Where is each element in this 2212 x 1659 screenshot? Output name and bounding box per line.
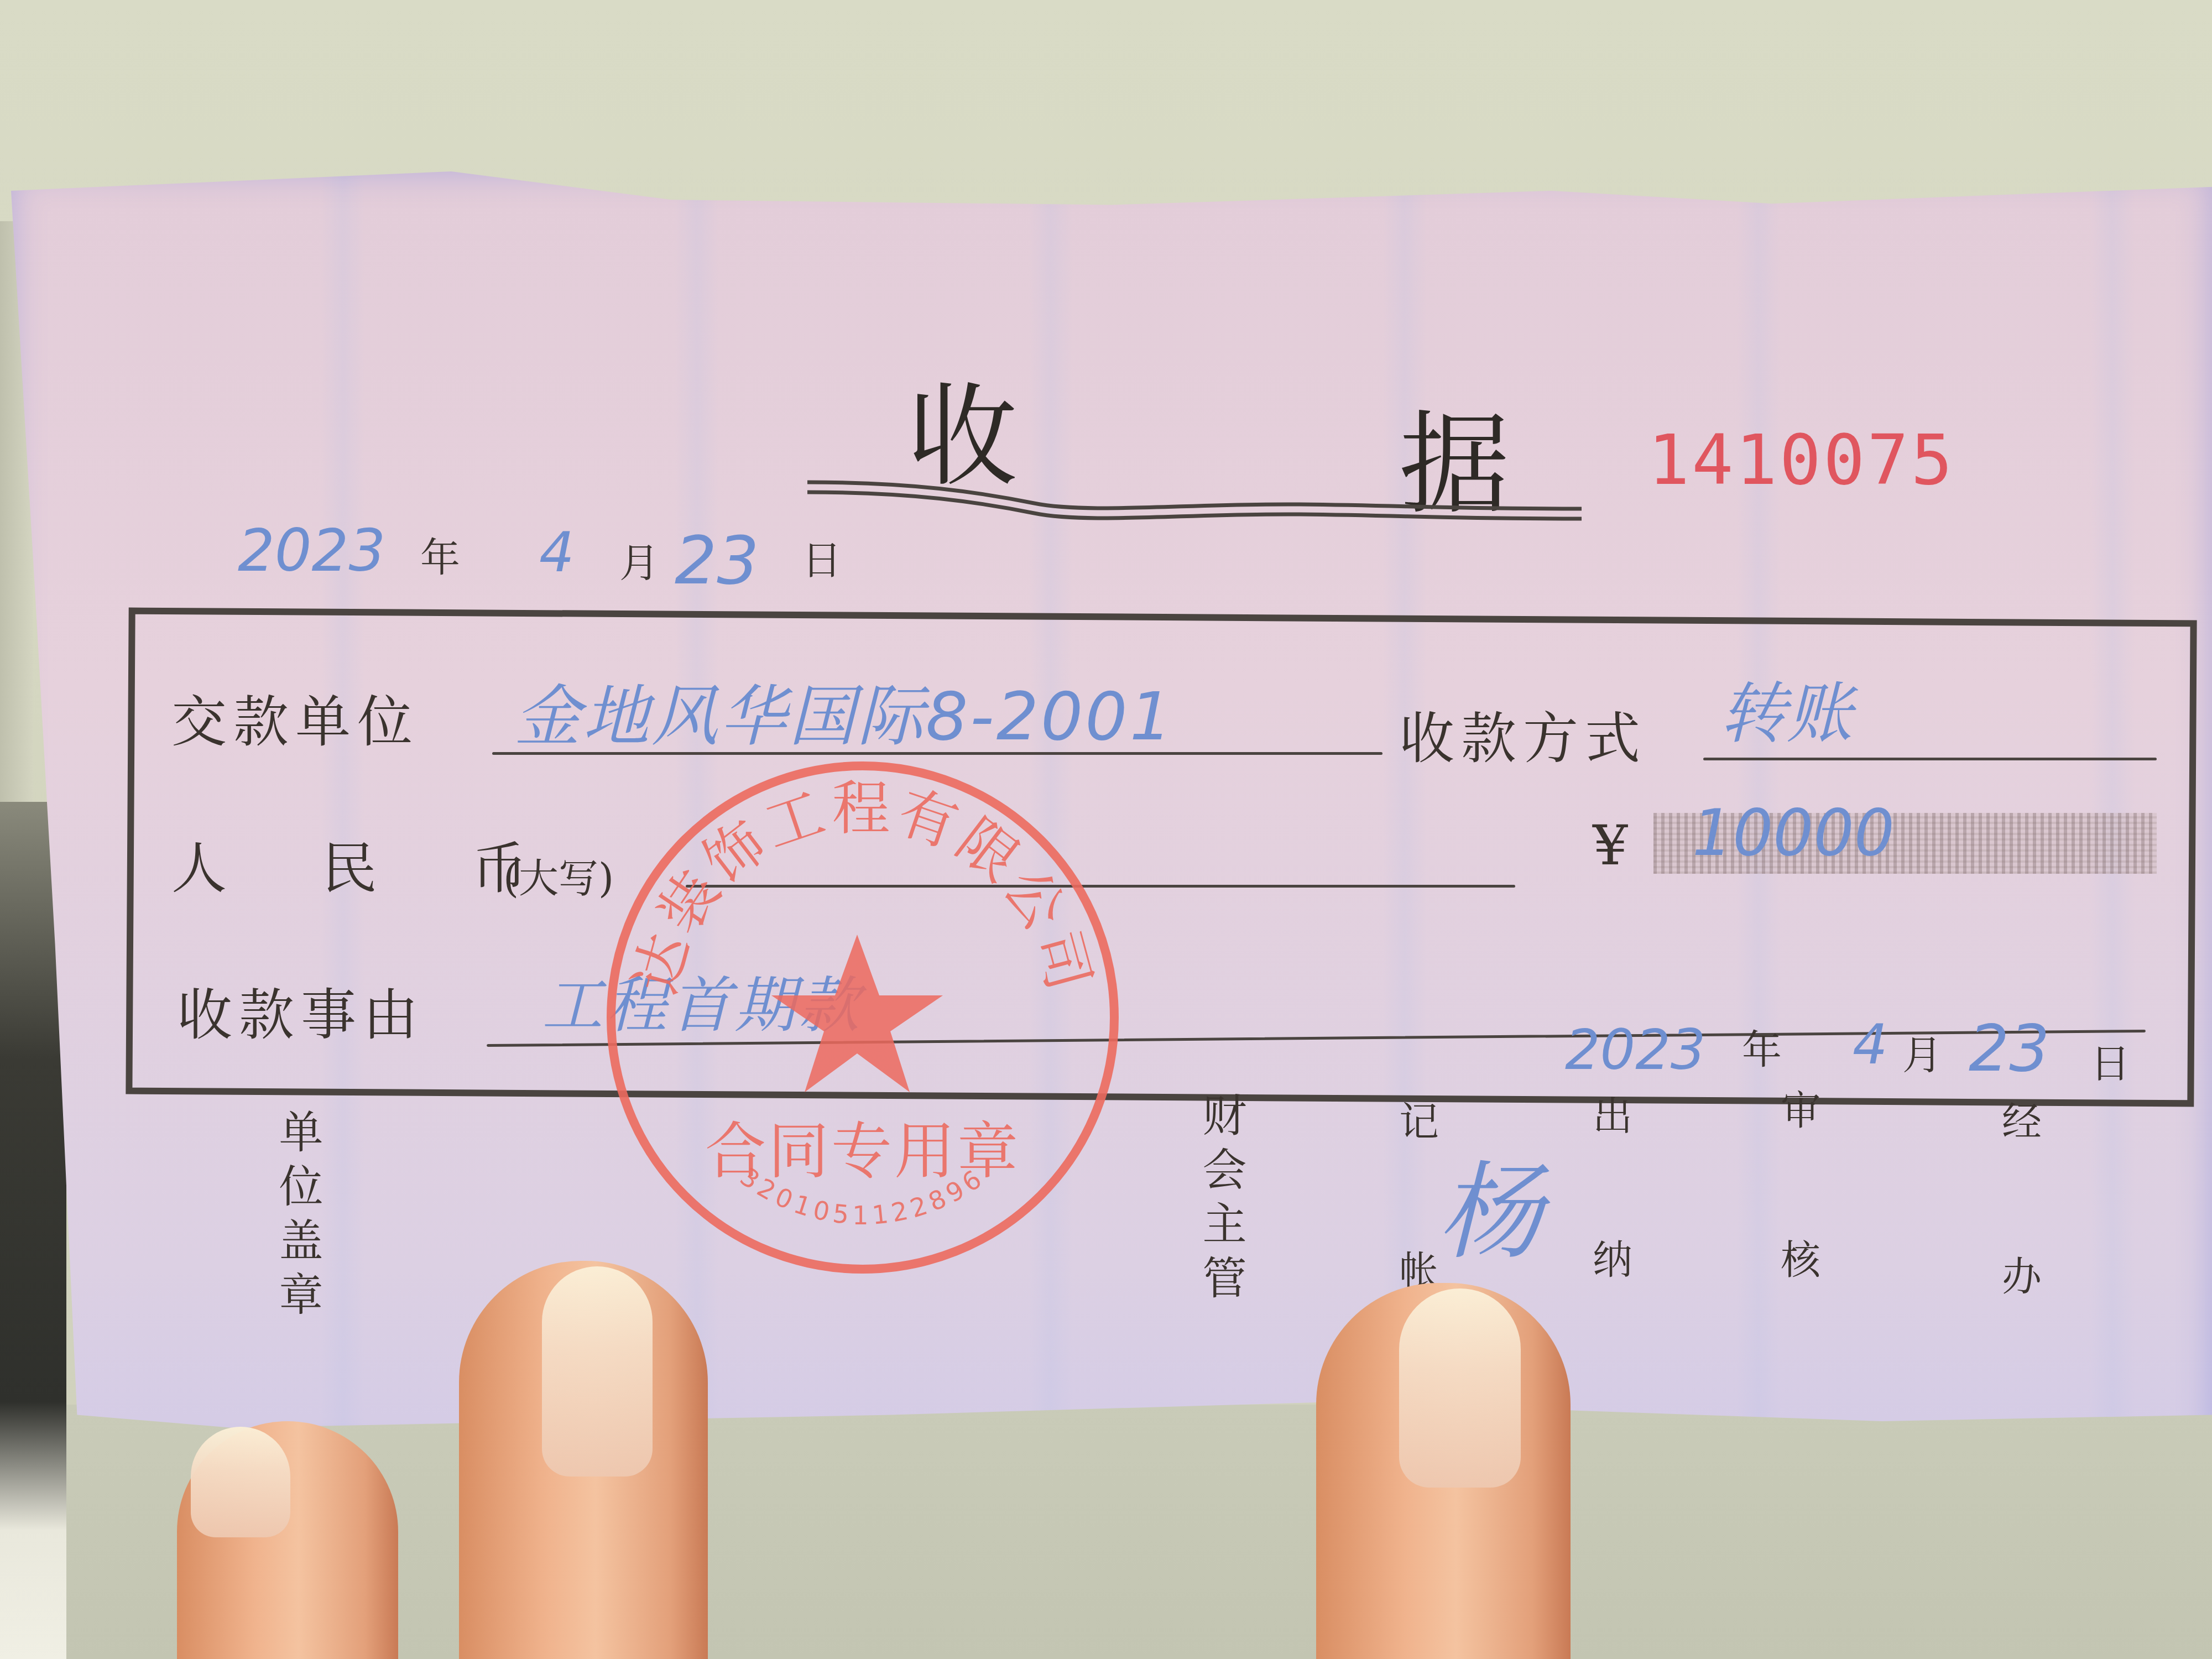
handler-label-bottom: 办 xyxy=(2002,1244,2042,1302)
payment-method-label: 收款方式 xyxy=(1399,694,1647,774)
handler-label-top: 经 xyxy=(2002,1089,2042,1147)
sign-date-day-label: 日 xyxy=(2090,1031,2130,1089)
payment-method-underline xyxy=(1703,758,2157,760)
payer-value: 金地风华国际8-2001 xyxy=(514,664,1174,759)
sign-date-day: 23 xyxy=(1969,1012,2049,1086)
yen-symbol: ¥ xyxy=(1593,813,1635,878)
sign-date-month: 4 xyxy=(1853,1012,1888,1077)
review-label-bottom: 核 xyxy=(1781,1228,1820,1285)
sign-date-month-label: 月 xyxy=(1902,1023,1942,1081)
issue-date-day-label: 日 xyxy=(802,528,842,586)
issue-date-day: 23 xyxy=(675,523,759,599)
review-label-top: 审 xyxy=(1781,1078,1820,1136)
star-icon xyxy=(771,935,943,1092)
issue-date-month: 4 xyxy=(539,520,575,585)
fingernail-middle xyxy=(542,1266,653,1477)
cashier-label-bottom: 纳 xyxy=(1593,1228,1632,1285)
fingernail-left xyxy=(191,1427,290,1537)
issue-date-year-label: 年 xyxy=(420,525,460,583)
issue-date-month-label: 月 xyxy=(619,531,659,588)
fingernail-right xyxy=(1399,1288,1521,1488)
bookkeeping-label-top: 记 xyxy=(1399,1089,1439,1147)
cashier-label-top: 出 xyxy=(1593,1084,1632,1141)
sign-date-year-label: 年 xyxy=(1742,1018,1782,1075)
reason-label: 收款事由 xyxy=(177,971,425,1050)
company-contract-seal: 达装饰工程有限公司 合同专用章 3201051122896 xyxy=(597,752,1128,1283)
amount-value: 10000 xyxy=(1692,796,1895,870)
issue-date-year: 2023 xyxy=(238,517,385,585)
finance-supervisor-label: 财会主管 xyxy=(1189,1092,1253,1309)
serial-number: 1410075 xyxy=(1648,420,1955,500)
payment-method-value: 转账 xyxy=(1720,661,1853,756)
title-double-underline xyxy=(802,470,1587,525)
bookkeeping-signature: 杨 xyxy=(1438,1128,1543,1279)
sign-date-year: 2023 xyxy=(1565,1018,1706,1082)
payer-label: 交款单位 xyxy=(171,677,419,757)
unit-seal-label: 单位盖章 xyxy=(265,1109,329,1326)
